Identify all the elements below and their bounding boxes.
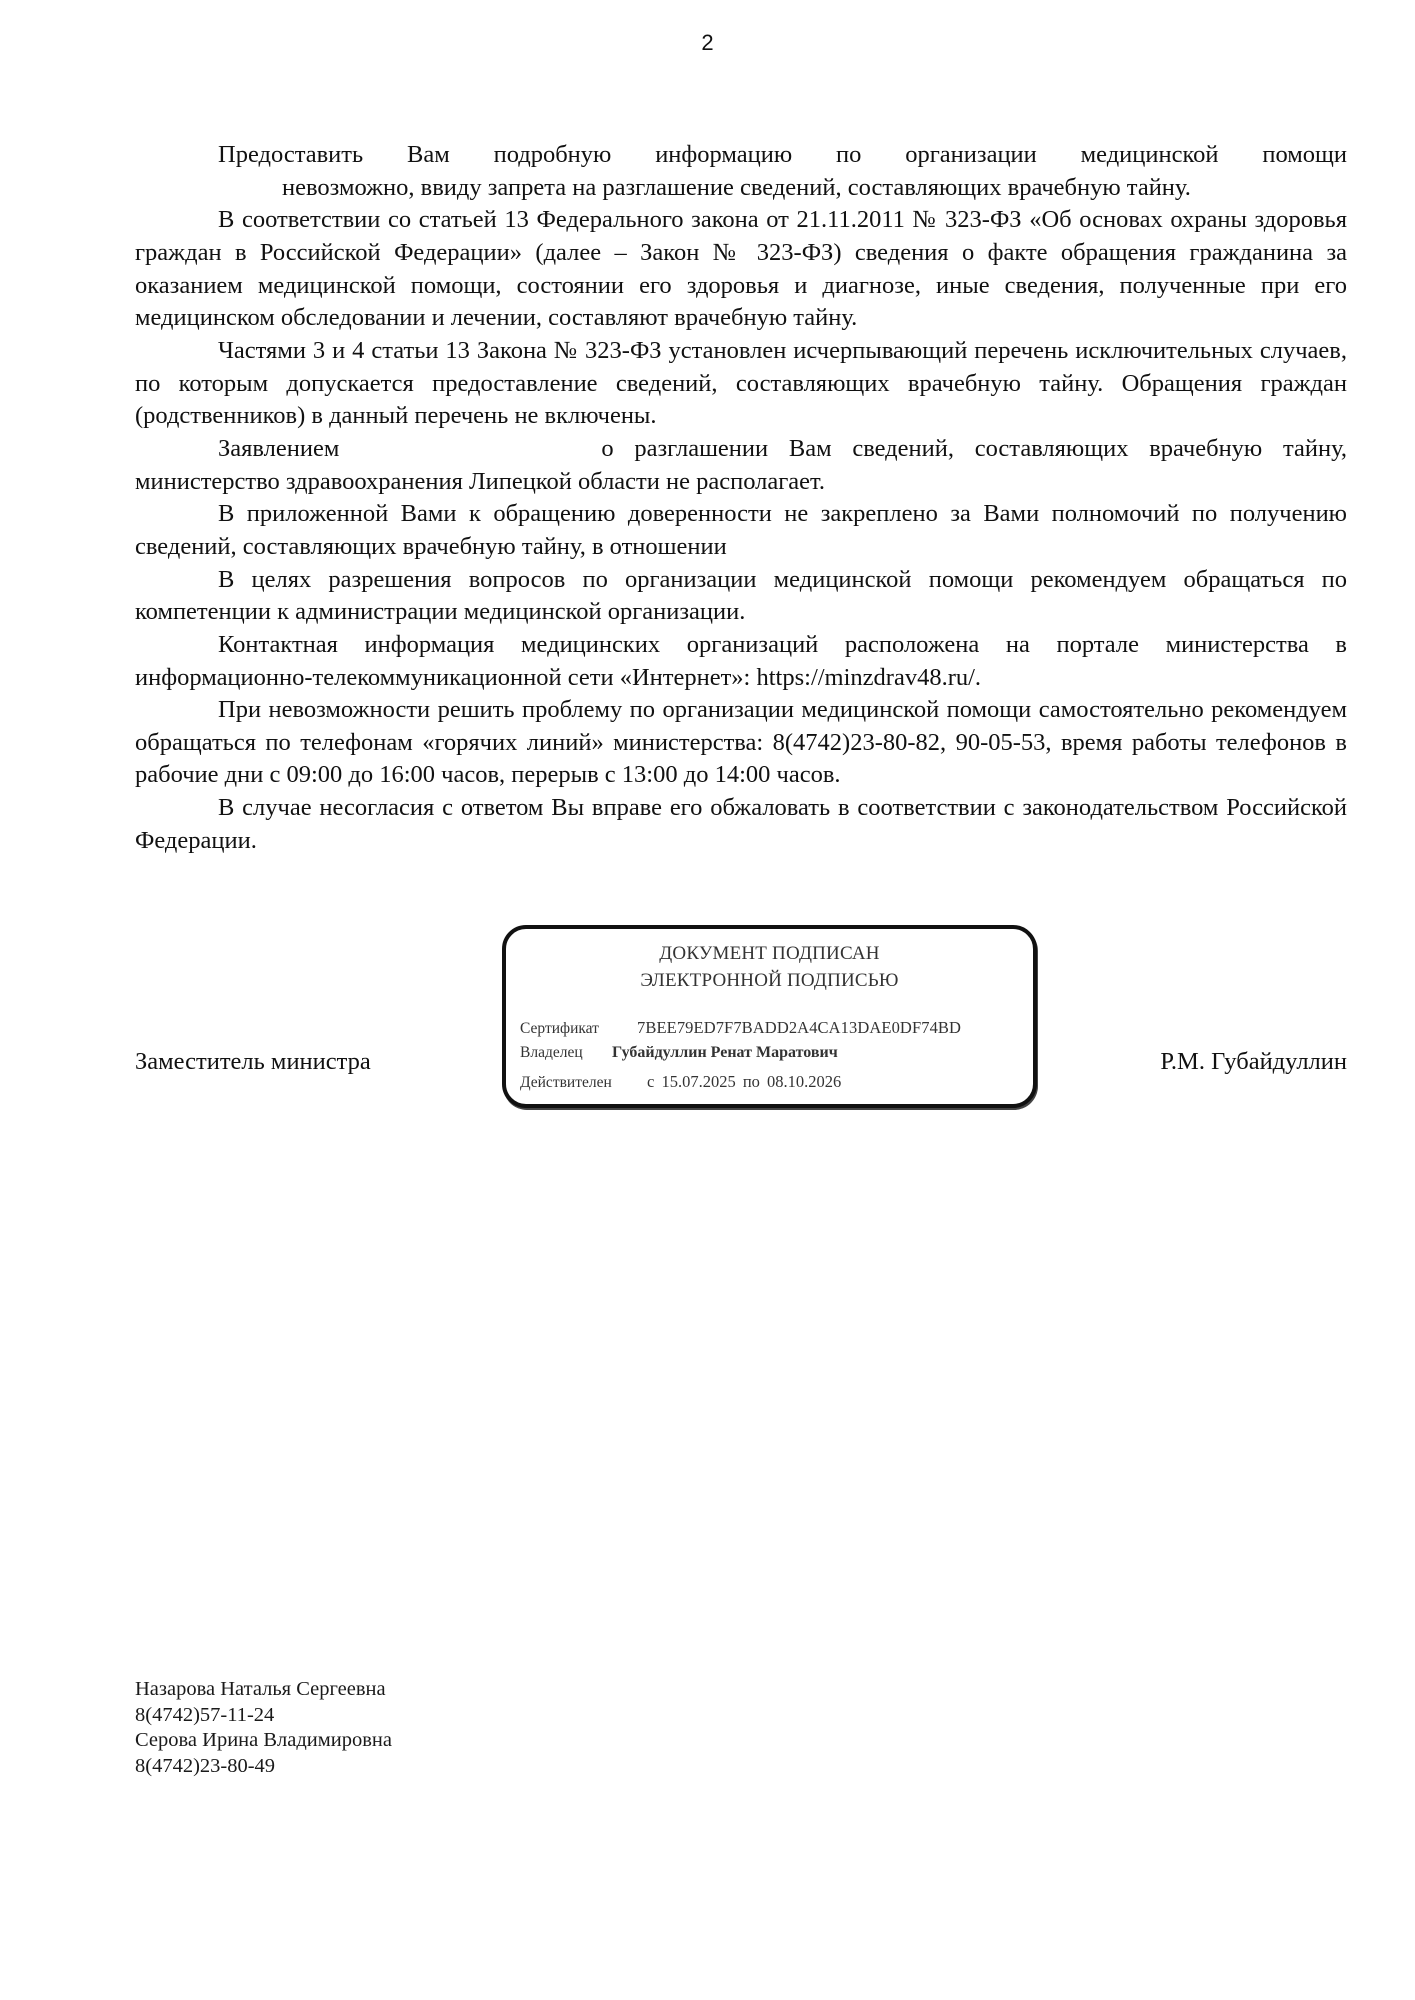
paragraph-power-of-attorney: В приложенной Вами к обращению доверенно…: [135, 498, 1347, 563]
paragraph-medical-info-refusal: Предоставить Вам подробную информацию по…: [135, 139, 1347, 172]
signatory-position: Заместитель министра: [135, 1046, 371, 1078]
paragraph-exceptions: Частями 3 и 4 статьи 13 Закона № 323-ФЗ …: [135, 335, 1347, 433]
validity-value: с 15.07.2025 по 08.10.2026: [647, 1072, 841, 1091]
paragraph-application: Заявлениемо разглашении Вам сведений, со…: [135, 433, 1347, 498]
contact-phone: 8(4742)57-11-24: [135, 1703, 392, 1729]
page-number: 2: [0, 30, 1415, 56]
paragraph-recommendation: В целях разрешения вопросов по организац…: [135, 564, 1347, 629]
paragraph-text: Предоставить Вам подробную информацию по…: [218, 141, 1347, 168]
owner-value: Губайдуллин Ренат Маратович: [612, 1044, 838, 1061]
certificate-label: Сертификат: [520, 1019, 637, 1039]
electronic-signature-stamp: ДОКУМЕНТ ПОДПИСАН ЭЛЕКТРОННОЙ ПОДПИСЬЮ С…: [502, 925, 1037, 1108]
paragraph-contact-info: Контактная информация медицинских органи…: [135, 629, 1347, 694]
paragraph-law-reference: В соответствии со статьей 13 Федеральног…: [135, 204, 1347, 335]
stamp-title: ДОКУМЕНТ ПОДПИСАН ЭЛЕКТРОННОЙ ПОДПИСЬЮ: [506, 940, 1033, 994]
validity-label: Действителен: [520, 1073, 647, 1093]
contact-name: Серова Ирина Владимировна: [135, 1728, 392, 1754]
stamp-validity-row: Действителенс 15.07.2025 по 08.10.2026: [520, 1072, 841, 1093]
paragraph-medical-info-refusal-cont: невозможно, ввиду запрета на разглашение…: [135, 172, 1347, 205]
paragraph-hotlines: При невозможности решить проблему по орг…: [135, 694, 1347, 792]
paragraph-text: Заявлением: [218, 435, 339, 462]
contact-name: Назарова Наталья Сергеевна: [135, 1677, 392, 1703]
owner-label: Владелец: [520, 1043, 612, 1063]
contact-phone: 8(4742)23-80-49: [135, 1754, 392, 1780]
paragraph-appeal: В случае несогласия с ответом Вы вправе …: [135, 792, 1347, 857]
paragraph-text: невозможно, ввиду запрета на разглашение…: [282, 174, 1191, 201]
stamp-title-line2: ЭЛЕКТРОННОЙ ПОДПИСЬЮ: [506, 967, 1033, 994]
stamp-owner-row: ВладелецГубайдуллин Ренат Маратович: [520, 1043, 838, 1063]
certificate-value: 7BEE79ED7F7BADD2A4CA13DAE0DF74BD: [637, 1018, 961, 1037]
executor-contacts: Назарова Наталья Сергеевна 8(4742)57-11-…: [135, 1677, 392, 1779]
stamp-certificate-row: Сертификат7BEE79ED7F7BADD2A4CA13DAE0DF74…: [520, 1018, 961, 1039]
signatory-name: Р.М. Губайдуллин: [1160, 1046, 1347, 1078]
stamp-title-line1: ДОКУМЕНТ ПОДПИСАН: [506, 940, 1033, 967]
letter-body: Предоставить Вам подробную информацию по…: [135, 139, 1347, 857]
